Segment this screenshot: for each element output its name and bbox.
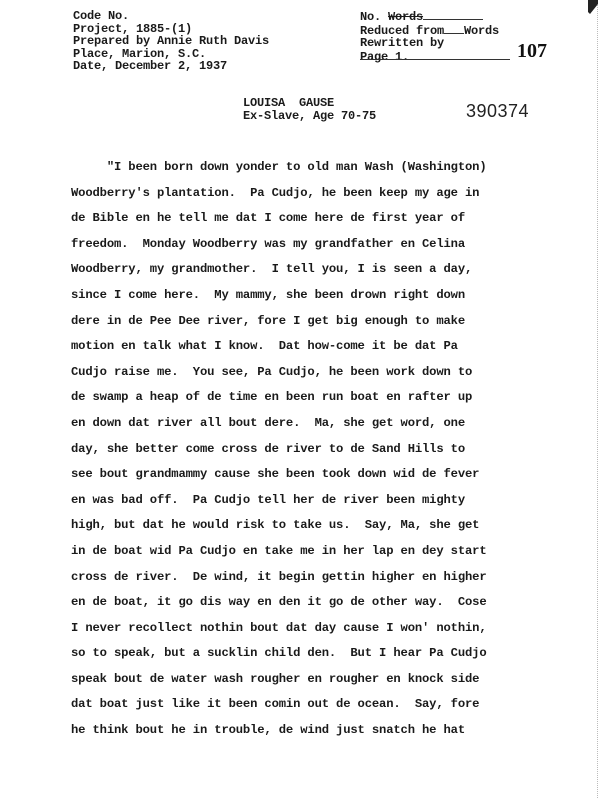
body-line: I never recollect nothin bout dat day ca…	[71, 616, 591, 642]
body-line: Woodberry, my grandmother. I tell you, I…	[71, 257, 591, 283]
corner-mark-icon	[586, 0, 598, 16]
body-line: dere in de Pee Dee river, fore I get big…	[71, 309, 591, 335]
date: Date, December 2, 1937	[73, 60, 269, 73]
no-label: No.	[360, 10, 381, 24]
header-right: No. Words Reduced fromWords Rewritten by…	[360, 10, 499, 63]
body-line: cross de river. De wind, it begin gettin…	[71, 565, 591, 591]
body-line: since I come here. My mammy, she been dr…	[71, 283, 591, 309]
subject-subtitle: Ex-Slave, Age 70-75	[243, 110, 376, 123]
body-line: en was bad off. Pa Cudjo tell her de riv…	[71, 488, 591, 514]
body-line: Cudjo raise me. You see, Pa Cudjo, he be…	[71, 360, 591, 386]
body-line: motion en talk what I know. Dat how-come…	[71, 334, 591, 360]
body-line: de swamp a heap of de time en been run b…	[71, 385, 591, 411]
header-left: Code No. Project, 1885-(1) Prepared by A…	[73, 10, 269, 73]
body-line: day, she better come cross de river to d…	[71, 437, 591, 463]
narrative-body: "I been born down yonder to old man Wash…	[71, 155, 591, 744]
rewritten-by-blank	[360, 59, 510, 60]
no-line: No. Words	[360, 10, 499, 24]
words-label: Words	[464, 24, 499, 38]
body-line: see bout grandmammy cause she been took …	[71, 462, 591, 488]
body-line: de Bible en he tell me dat I come here d…	[71, 206, 591, 232]
subject-name: LOUISA GAUSE	[243, 97, 376, 110]
title-block: LOUISA GAUSE Ex-Slave, Age 70-75	[243, 97, 376, 122]
body-line: freedom. Monday Woodberry was my grandfa…	[71, 232, 591, 258]
body-line: dat boat just like it been comin out de …	[71, 692, 591, 718]
body-line: so to speak, but a sucklin child den. Bu…	[71, 641, 591, 667]
prepared-by: Prepared by Annie Ruth Davis	[73, 35, 269, 48]
no-blank	[423, 10, 483, 20]
body-line: Woodberry's plantation. Pa Cudjo, he bee…	[71, 181, 591, 207]
body-line: "I been born down yonder to old man Wash…	[71, 155, 591, 181]
page-label: Page 1.	[360, 51, 499, 64]
body-line: en de boat, it go dis way en den it go d…	[71, 590, 591, 616]
handwritten-page-number: 107	[517, 40, 547, 63]
rewritten-by: Rewritten by	[360, 37, 499, 50]
body-line: en down dat river all bout dere. Ma, she…	[71, 411, 591, 437]
body-line: he think bout he in trouble, de wind jus…	[71, 718, 591, 744]
no-struck-words: Words	[388, 10, 423, 24]
reduced-line: Reduced fromWords	[360, 24, 499, 38]
code-no: Code No.	[73, 10, 269, 23]
reduced-blank	[444, 24, 464, 34]
body-line: speak bout de water wash rougher en roug…	[71, 667, 591, 693]
scan-edge	[597, 0, 599, 798]
body-line: high, but dat he would risk to take us. …	[71, 513, 591, 539]
body-line: in de boat wid Pa Cudjo en take me in he…	[71, 539, 591, 565]
catalog-number: 390374	[466, 101, 529, 122]
